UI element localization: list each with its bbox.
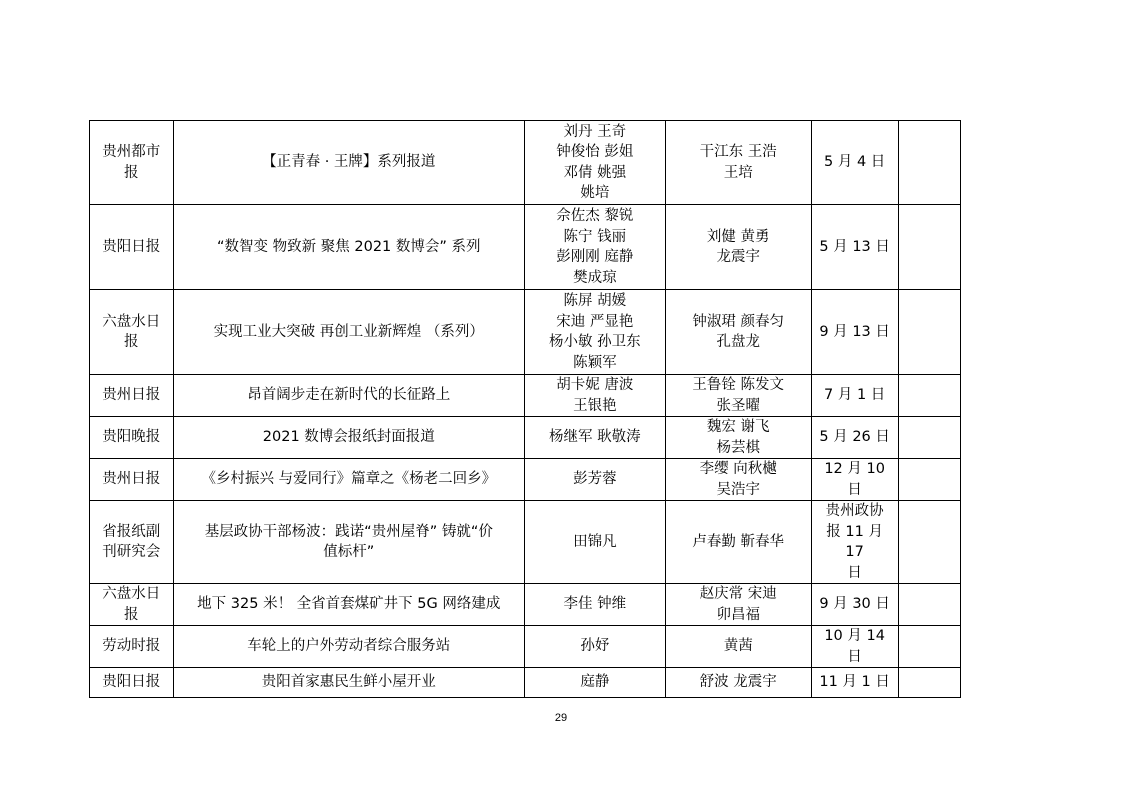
outlet-cell: 六盘水日 报 xyxy=(90,290,174,375)
table-row: 贵阳日报贵阳首家惠民生鲜小屋开业庭静舒波 龙震宇11 月 1 日 xyxy=(90,668,961,698)
table-row: 贵阳晚报2021 数博会报纸封面报道杨继军 耿敬涛魏宏 谢飞 杨芸棋5 月 26… xyxy=(90,417,961,459)
page-number: 29 xyxy=(0,712,1122,724)
outlet-cell: 贵阳日报 xyxy=(90,668,174,698)
table-row: 贵州都市 报【正青春 · 王牌】系列报道刘丹 王奇 钟俊怡 彭姐 邓倩 姚强 姚… xyxy=(90,121,961,205)
note-cell xyxy=(898,121,960,205)
editors-cell: 黄茜 xyxy=(665,626,811,668)
title-cell: 基层政协干部杨波：践诺“贵州屋脊” 铸就“价 值标杆” xyxy=(173,501,524,584)
table-row: 六盘水日 报地下 325 米！ 全省首套煤矿井下 5G 网络建成李佳 钟维赵庆常… xyxy=(90,584,961,626)
outlet-cell: 贵州日报 xyxy=(90,459,174,501)
editors-cell: 舒波 龙震宇 xyxy=(665,668,811,698)
authors-cell: 刘丹 王奇 钟俊怡 彭姐 邓倩 姚强 姚培 xyxy=(524,121,665,205)
outlet-cell: 省报纸副 刊研究会 xyxy=(90,501,174,584)
authors-cell: 孙妤 xyxy=(524,626,665,668)
title-cell: 昂首阔步走在新时代的长征路上 xyxy=(173,375,524,417)
date-cell: 11 月 1 日 xyxy=(811,668,898,698)
date-cell: 9 月 30 日 xyxy=(811,584,898,626)
table-row: 贵阳日报“数智变 物致新 聚焦 2021 数博会” 系列佘佐杰 黎锐 陈宁 钱丽… xyxy=(90,205,961,290)
authors-cell: 田锦凡 xyxy=(524,501,665,584)
editors-cell: 李缨 向秋樾 吴浩宇 xyxy=(665,459,811,501)
table-body: 贵州都市 报【正青春 · 王牌】系列报道刘丹 王奇 钟俊怡 彭姐 邓倩 姚强 姚… xyxy=(90,121,961,698)
outlet-cell: 贵州都市 报 xyxy=(90,121,174,205)
editors-cell: 干江东 王浩 王培 xyxy=(665,121,811,205)
authors-cell: 杨继军 耿敬涛 xyxy=(524,417,665,459)
title-cell: 贵阳首家惠民生鲜小屋开业 xyxy=(173,668,524,698)
editors-cell: 赵庆常 宋迪 卯昌福 xyxy=(665,584,811,626)
authors-cell: 彭芳蓉 xyxy=(524,459,665,501)
date-cell: 12 月 10 日 xyxy=(811,459,898,501)
date-cell: 10 月 14 日 xyxy=(811,626,898,668)
outlet-cell: 贵州日报 xyxy=(90,375,174,417)
note-cell xyxy=(898,584,960,626)
note-cell xyxy=(898,668,960,698)
note-cell xyxy=(898,205,960,290)
editors-cell: 王鲁铨 陈发文 张圣曜 xyxy=(665,375,811,417)
authors-cell: 陈屏 胡媛 宋迪 严显艳 杨小敏 孙卫东 陈颖军 xyxy=(524,290,665,375)
editors-cell: 魏宏 谢飞 杨芸棋 xyxy=(665,417,811,459)
editors-cell: 钟淑珺 颜春匀 孔盘龙 xyxy=(665,290,811,375)
note-cell xyxy=(898,417,960,459)
note-cell xyxy=(898,626,960,668)
table-row: 劳动时报车轮上的户外劳动者综合服务站孙妤黄茜10 月 14 日 xyxy=(90,626,961,668)
authors-cell: 佘佐杰 黎锐 陈宁 钱丽 彭刚刚 庭静 樊成琼 xyxy=(524,205,665,290)
date-cell: 5 月 13 日 xyxy=(811,205,898,290)
editors-cell: 卢春勤 靳春华 xyxy=(665,501,811,584)
editors-cell: 刘健 黄勇 龙震宇 xyxy=(665,205,811,290)
title-cell: 车轮上的户外劳动者综合服务站 xyxy=(173,626,524,668)
table-row: 贵州日报昂首阔步走在新时代的长征路上胡卡妮 唐波 王银艳王鲁铨 陈发文 张圣曜7… xyxy=(90,375,961,417)
authors-cell: 庭静 xyxy=(524,668,665,698)
date-cell: 7 月 1 日 xyxy=(811,375,898,417)
authors-cell: 李佳 钟维 xyxy=(524,584,665,626)
table-row: 贵州日报《乡村振兴 与爱同行》篇章之《杨老二回乡》彭芳蓉李缨 向秋樾 吴浩宇12… xyxy=(90,459,961,501)
authors-cell: 胡卡妮 唐波 王银艳 xyxy=(524,375,665,417)
table-row: 省报纸副 刊研究会基层政协干部杨波：践诺“贵州屋脊” 铸就“价 值标杆”田锦凡卢… xyxy=(90,501,961,584)
note-cell xyxy=(898,290,960,375)
outlet-cell: 贵阳日报 xyxy=(90,205,174,290)
title-cell: 【正青春 · 王牌】系列报道 xyxy=(173,121,524,205)
outlet-cell: 劳动时报 xyxy=(90,626,174,668)
title-cell: “数智变 物致新 聚焦 2021 数博会” 系列 xyxy=(173,205,524,290)
awards-table: 贵州都市 报【正青春 · 王牌】系列报道刘丹 王奇 钟俊怡 彭姐 邓倩 姚强 姚… xyxy=(89,120,961,698)
title-cell: 《乡村振兴 与爱同行》篇章之《杨老二回乡》 xyxy=(173,459,524,501)
outlet-cell: 贵阳晚报 xyxy=(90,417,174,459)
title-cell: 实现工业大突破 再创工业新辉煌 （系列） xyxy=(173,290,524,375)
note-cell xyxy=(898,501,960,584)
note-cell xyxy=(898,459,960,501)
outlet-cell: 六盘水日 报 xyxy=(90,584,174,626)
date-cell: 5 月 26 日 xyxy=(811,417,898,459)
title-cell: 2021 数博会报纸封面报道 xyxy=(173,417,524,459)
date-cell: 贵州政协 报 11 月 17 日 xyxy=(811,501,898,584)
title-cell: 地下 325 米！ 全省首套煤矿井下 5G 网络建成 xyxy=(173,584,524,626)
date-cell: 9 月 13 日 xyxy=(811,290,898,375)
table-row: 六盘水日 报实现工业大突破 再创工业新辉煌 （系列）陈屏 胡媛 宋迪 严显艳 杨… xyxy=(90,290,961,375)
note-cell xyxy=(898,375,960,417)
date-cell: 5 月 4 日 xyxy=(811,121,898,205)
